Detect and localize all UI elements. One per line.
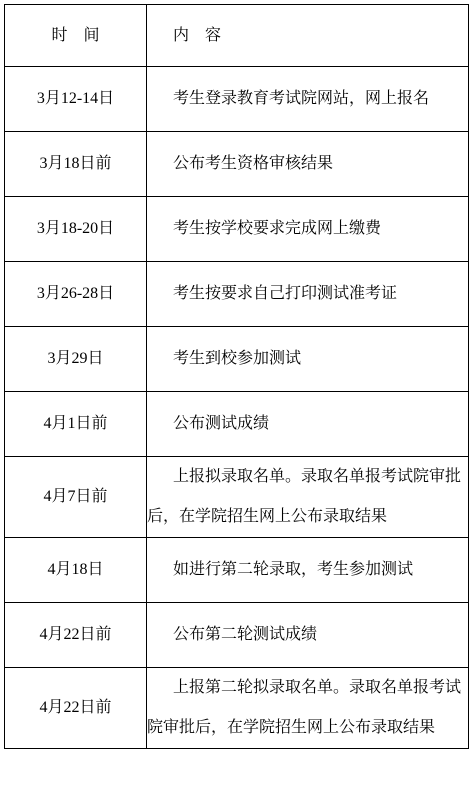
time-cell: 4月22日前: [5, 668, 147, 749]
content-cell: 上报第二轮拟录取名单。录取名单报考试院审批后，在学院招生网上公布录取结果: [147, 668, 469, 749]
table-row: 3月29日 考生到校参加测试: [5, 327, 469, 392]
column-header-time: 时 间: [5, 5, 147, 67]
content-cell: 考生登录教育考试院网站，网上报名: [147, 67, 469, 132]
time-cell: 4月18日: [5, 538, 147, 603]
content-cell: 公布测试成绩: [147, 392, 469, 457]
time-cell: 3月26-28日: [5, 262, 147, 327]
time-cell: 4月1日前: [5, 392, 147, 457]
column-header-content: 内 容: [147, 5, 469, 67]
table-row: 4月1日前 公布测试成绩: [5, 392, 469, 457]
schedule-table: 时 间 内 容 3月12-14日 考生登录教育考试院网站，网上报名 3月18日前…: [4, 4, 469, 749]
content-cell: 考生按学校要求完成网上缴费: [147, 197, 469, 262]
table-row: 3月12-14日 考生登录教育考试院网站，网上报名: [5, 67, 469, 132]
time-cell: 3月12-14日: [5, 67, 147, 132]
content-cell: 如进行第二轮录取，考生参加测试: [147, 538, 469, 603]
table-row: 3月26-28日 考生按要求自己打印测试准考证: [5, 262, 469, 327]
time-cell: 3月18日前: [5, 132, 147, 197]
time-cell: 4月7日前: [5, 457, 147, 538]
content-cell: 公布第二轮测试成绩: [147, 603, 469, 668]
table-row: 3月18-20日 考生按学校要求完成网上缴费: [5, 197, 469, 262]
content-cell: 公布考生资格审核结果: [147, 132, 469, 197]
content-cell: 考生到校参加测试: [147, 327, 469, 392]
table-row: 4月22日前 公布第二轮测试成绩: [5, 603, 469, 668]
page: 时 间 内 容 3月12-14日 考生登录教育考试院网站，网上报名 3月18日前…: [0, 0, 475, 749]
table-row: 4月22日前 上报第二轮拟录取名单。录取名单报考试院审批后，在学院招生网上公布录…: [5, 668, 469, 749]
content-cell: 考生按要求自己打印测试准考证: [147, 262, 469, 327]
time-cell: 4月22日前: [5, 603, 147, 668]
content-cell: 上报拟录取名单。录取名单报考试院审批后，在学院招生网上公布录取结果: [147, 457, 469, 538]
table-body: 3月12-14日 考生登录教育考试院网站，网上报名 3月18日前 公布考生资格审…: [5, 67, 469, 749]
header-row: 时 间 内 容: [5, 5, 469, 67]
table-row: 4月18日 如进行第二轮录取，考生参加测试: [5, 538, 469, 603]
time-cell: 3月18-20日: [5, 197, 147, 262]
table-row: 4月7日前 上报拟录取名单。录取名单报考试院审批后，在学院招生网上公布录取结果: [5, 457, 469, 538]
table-row: 3月18日前 公布考生资格审核结果: [5, 132, 469, 197]
time-cell: 3月29日: [5, 327, 147, 392]
